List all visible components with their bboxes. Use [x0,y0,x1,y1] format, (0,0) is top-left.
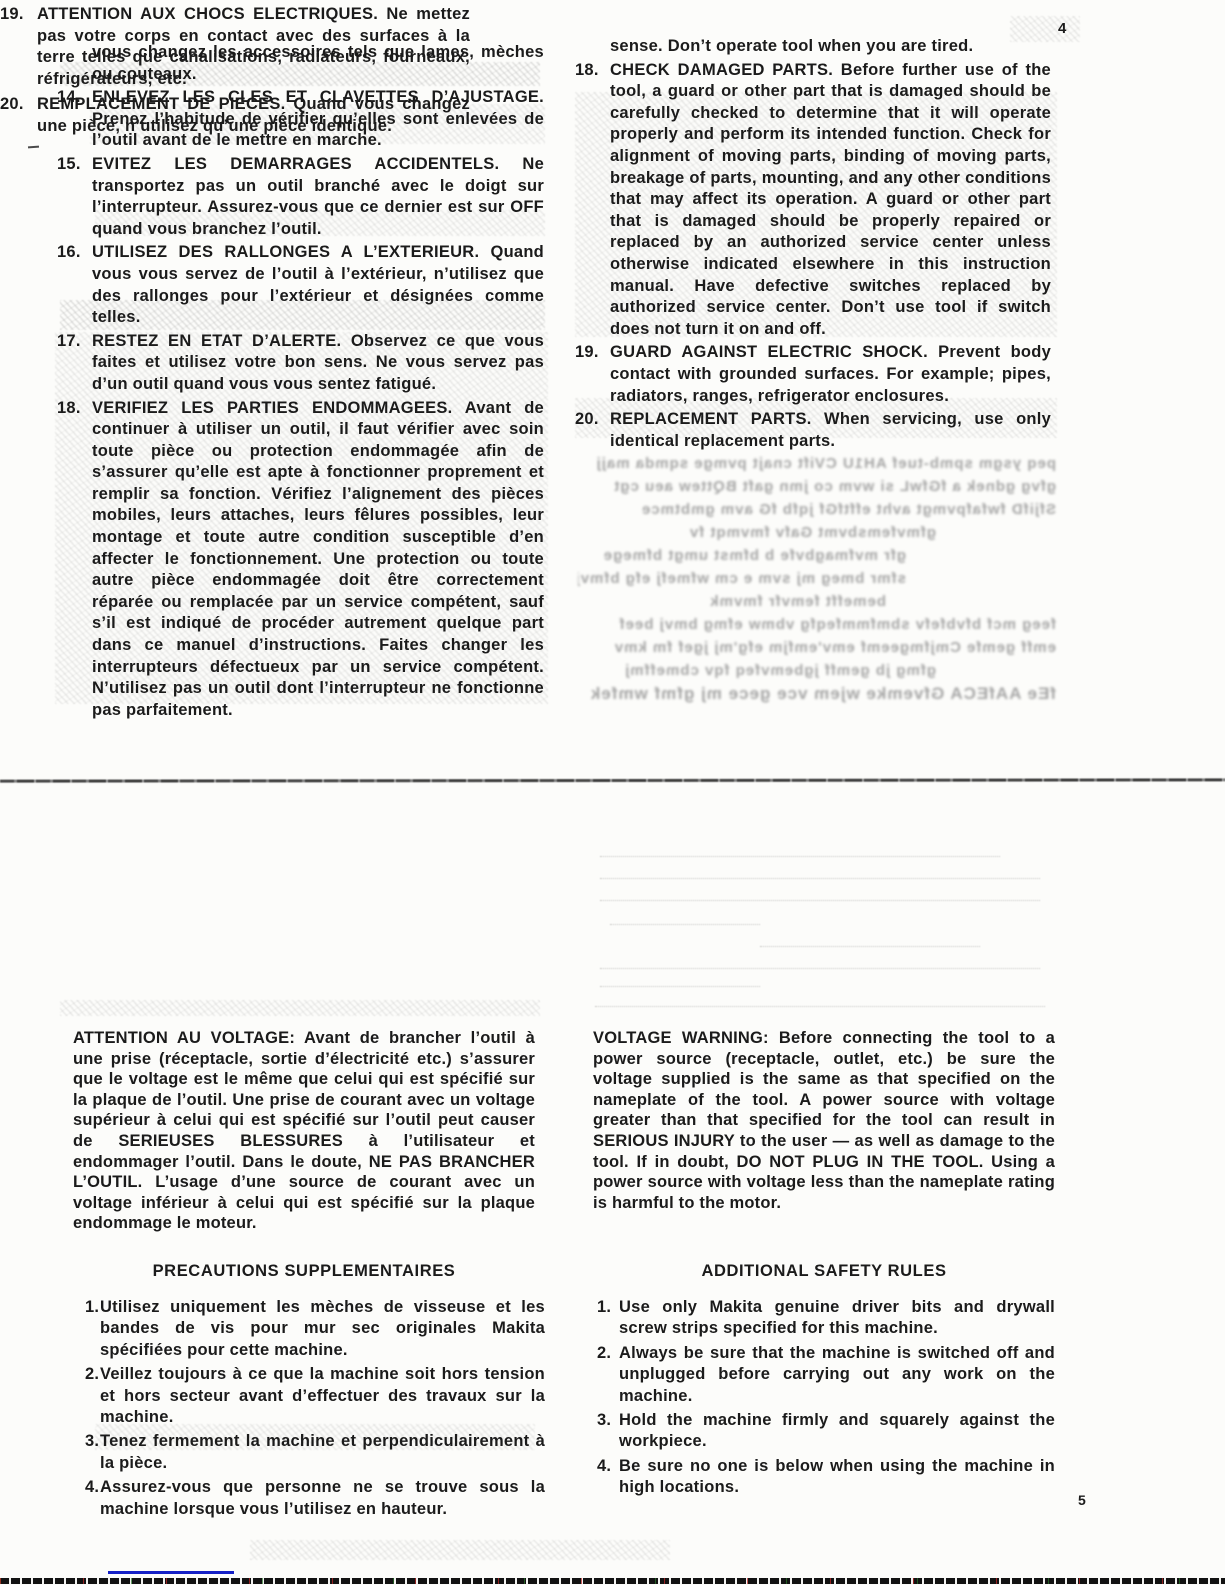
rule-fr-2: 2. Veillez toujours à ce que la machine … [85,1364,545,1428]
bleed-through-line: SfjifD fwfafpvmgt avht efftfGf jqfb fG a… [578,498,1056,521]
scan-edge-border [0,1578,1225,1584]
ghost-line [600,986,760,987]
blue-underline-mark [108,1571,234,1574]
bleed-through-line: gfmvfemsbvmt Gafv fmvmqt fv [578,521,1056,544]
bleed-through-line: fEe AAfECA Gfvemke wjem vce gece mj gfmf… [578,682,1056,705]
ghost-line [760,946,980,947]
ghost-line [600,968,1040,969]
item-text: Hold the machine firmly and squarely aga… [619,1411,1055,1450]
safety-item-fr-17: 17. RESTEZ EN ETAT D’ALERTE. Observez ce… [57,331,544,396]
safety-item-fr-20: 20. REMPLACEMENT DE PIECES. Quand vous c… [0,94,470,137]
item-number: 3. [597,1410,611,1431]
page-number-top: 4 [1058,20,1066,37]
page-number-bottom: 5 [1078,1492,1086,1508]
item-text: UTILISEZ DES RALLONGES A L’EXTERIEUR. Qu… [92,243,544,326]
bleed-through-line: sfmr bmeg mj svm e cm wfmefj efg bfmvj e… [578,567,1056,590]
item-number: 4. [85,1477,99,1498]
item-number: 18. [57,398,81,420]
paragraph-continuation: sense. Don’t operate tool when you are t… [575,36,1051,58]
voltage-warning-en: VOLTAGE WARNING: Before connecting the t… [593,1028,1055,1213]
safety-item-fr-15: 15. EVITEZ LES DEMARRAGES ACCIDENTELS. N… [57,154,544,240]
additional-safety-rules-heading-en: ADDITIONAL SAFETY RULES [593,1262,1055,1281]
bleed-through-line: gfvg gdnek a fGfwL si wvm co jmn gaft BQ… [578,475,1056,498]
bleed-through-text-block: peq ysgm spmb-tuef AH1U CVift cnajt pvmg… [578,452,1056,705]
english-safety-column: sense. Don’t operate tool when you are t… [575,36,1051,452]
item-text: Tenez fermement la machine et perpendicu… [100,1432,545,1471]
item-number: 2. [85,1364,99,1385]
bleed-through-line: emff gemfe Cmjfmgeemf emv'emfjm efg'mj j… [578,636,1056,659]
item-number: 20. [0,94,24,116]
ghost-line [600,856,1000,857]
ghost-line [610,924,760,925]
item-number: 17. [57,331,81,353]
bleed-through-line: peq ysgm spmb-tuef AH1U CVift cnajt pvmg… [578,452,1056,475]
item-text: Be sure no one is below when using the m… [619,1457,1055,1496]
safety-item-en-19: 19. GUARD AGAINST ELECTRIC SHOCK. Preven… [575,342,1051,407]
item-text: RESTEZ EN ETAT D’ALERTE. Observez ce que… [92,332,544,393]
bleed-through-line: feeg mcf bfvbfefv sbmfmmfeqfg vbmw efmg … [578,613,1056,636]
rule-fr-3: 3. Tenez fermement la machine et perpend… [85,1431,545,1474]
rule-en-2: 2. Always be sure that the machine is sw… [597,1343,1055,1407]
photocopy-smudge [60,1000,540,1016]
additional-rules-fr: 1. Utilisez uniquement les mèches de vis… [85,1294,545,1520]
rule-fr-4: 4. Assurez-vous que personne ne se trouv… [85,1477,545,1520]
rule-en-4: 4. Be sure no one is below when using th… [597,1456,1055,1499]
item-number: 4. [597,1456,611,1477]
rule-en-3: 3. Hold the machine firmly and squarely … [597,1410,1055,1453]
safety-item-fr-19: 19. ATTENTION AUX CHOCS ELECTRIQUES. Ne … [0,4,470,90]
rule-fr-1: 1. Utilisez uniquement les mèches de vis… [85,1297,545,1361]
item-text: Always be sure that the machine is switc… [619,1344,1055,1405]
ghost-line [600,878,1040,879]
item-text: Use only Makita genuine driver bits and … [619,1298,1055,1337]
item-text: ATTENTION AUX CHOCS ELECTRIQUES. Ne mett… [37,5,470,88]
item-number: 19. [575,342,599,364]
item-number: 1. [597,1297,611,1318]
margin-mark [28,146,39,149]
bleed-through-line: gfr mvfmagbvfe b bfmst umgt bfmege [578,544,1056,567]
item-text: REMPLACEMENT DE PIECES. Quand vous chang… [37,95,470,135]
precautions-heading-fr: PRECAUTIONS SUPPLEMENTAIRES [73,1262,535,1281]
item-number: 18. [575,60,599,82]
rule-en-1: 1. Use only Makita genuine driver bits a… [597,1297,1055,1340]
item-number: 3. [85,1431,99,1452]
item-text: VERIFIEZ LES PARTIES ENDOMMAGEES. Avant … [92,399,544,719]
item-number: 2. [597,1343,611,1364]
bleed-through-line: bemefft femvfr fmvmk [578,590,1056,613]
item-text: REPLACEMENT PARTS. When servicing, use o… [610,410,1051,450]
ghost-line [600,900,1040,901]
safety-item-fr-18: 18. VERIFIEZ LES PARTIES ENDOMMAGEES. Av… [57,398,544,722]
item-number: 20. [575,409,599,431]
photocopy-smudge [250,1540,670,1560]
item-number: 1. [85,1297,99,1318]
safety-item-fr-16: 16. UTILISEZ DES RALLONGES A L’EXTERIEUR… [57,242,544,328]
ghost-line [595,1006,1045,1007]
item-text: Assurez-vous que personne ne se trouve s… [100,1478,545,1517]
item-text: GUARD AGAINST ELECTRIC SHOCK. Prevent bo… [610,343,1051,404]
bleed-through-line: gfmg jb gemff jgbemvfeq fqv cbmeffmj [578,659,1056,682]
french-safety-column-2: 19. ATTENTION AUX CHOCS ELECTRIQUES. Ne … [0,4,470,137]
additional-rules-en: 1. Use only Makita genuine driver bits a… [597,1294,1055,1499]
section-divider-line [0,778,1225,782]
item-number: 16. [57,242,81,264]
safety-item-en-18: 18. CHECK DAMAGED PARTS. Before further … [575,60,1051,341]
item-text: CHECK DAMAGED PARTS. Before further use … [610,61,1051,338]
item-text: Utilisez uniquement les mèches de visseu… [100,1298,545,1359]
item-text: Veillez toujours à ce que la machine soi… [100,1365,545,1426]
item-number: 19. [0,4,24,26]
item-number: 15. [57,154,81,176]
safety-item-en-20: 20. REPLACEMENT PARTS. When servicing, u… [575,409,1051,452]
voltage-warning-fr: ATTENTION AU VOLTAGE: Avant de brancher … [73,1028,535,1234]
french-safety-column: vous changez les accessoires tels que la… [57,42,544,721]
item-text: EVITEZ LES DEMARRAGES ACCIDENTELS. Ne tr… [92,155,544,238]
